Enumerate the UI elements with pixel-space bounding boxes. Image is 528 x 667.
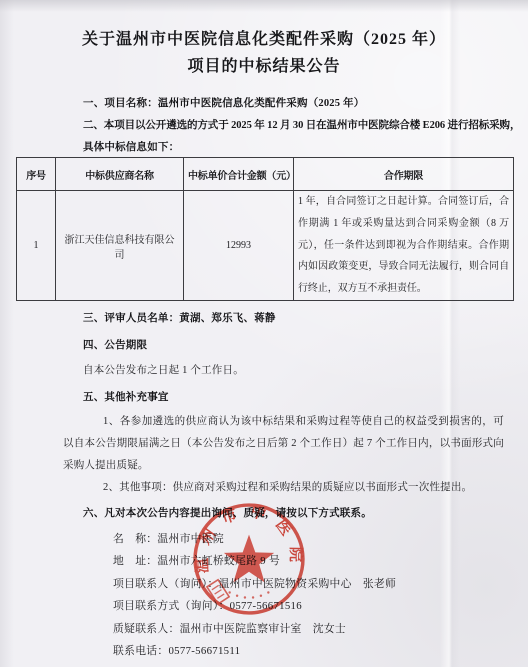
col-header-supplier: 中标供应商名称 xyxy=(56,158,184,191)
contact-query-person: 质疑联系人：温州市中医院监察审计室 沈女士 xyxy=(113,618,513,640)
section-1-project-name: 一、项目名称：温州市中医院信息化类配件采购（2025 年） xyxy=(63,93,504,115)
award-result-table: 序号 中标供应商名称 中标单价合计金额（元） 合作期限 1 浙江天佳信息科技有限… xyxy=(16,157,514,301)
section-5-item-2: 2、其他事项：供应商对采购过程和采购结果的质疑应以书面形式一次性提出。 xyxy=(63,477,504,499)
col-header-amount: 中标单价合计金额（元） xyxy=(184,158,294,191)
scanned-announcement-page: 关于温州市中医院信息化类配件采购（2025 年） 项目的中标结果公告 一、项目名… xyxy=(0,0,528,667)
table-header-row: 序号 中标供应商名称 中标单价合计金额（元） 合作期限 xyxy=(17,158,514,191)
section-3-reviewers: 三、评审人员名单：黄湖、郑乐飞、蒋静 xyxy=(63,308,504,330)
contact-name: 名 称：温州市中医院 xyxy=(113,528,513,550)
cell-seq: 1 xyxy=(17,191,56,301)
section-5-item-1: 1、各参加遴选的供应商认为该中标结果和采购过程等使自己的权益受到损害的，可以自本… xyxy=(63,411,504,477)
contact-address: 地 址：温州市六虹桥蛟尾路 9 号 xyxy=(113,550,513,572)
contact-project-phone: 项目联系方式（询问）：0577-56671516 xyxy=(113,595,513,617)
section-6-heading: 六、凡对本次公告内容提出询问、质疑，请按以下方式联系。 xyxy=(63,503,504,525)
section-2-lead-in: 具体中标信息如下： xyxy=(63,137,504,159)
section-4-body: 自本公告发布之日起 1 个工作日。 xyxy=(63,360,504,382)
document-title: 关于温州市中医院信息化类配件采购（2025 年） 项目的中标结果公告 xyxy=(0,26,528,80)
col-header-term: 合作期限 xyxy=(294,158,514,191)
document-title-line1: 关于温州市中医院信息化类配件采购（2025 年） xyxy=(0,26,528,53)
cell-supplier: 浙江天佳信息科技有限公司 xyxy=(56,191,184,301)
table-row: 1 浙江天佳信息科技有限公司 12993 1 年，自合同签订之日起计算。合同签订… xyxy=(17,191,514,301)
contact-block: 名 称：温州市中医院 地 址：温州市六虹桥蛟尾路 9 号 项目联系人（询问）：温… xyxy=(113,528,513,662)
section-2-procurement-method: 二、本项目以公开遴选的方式于 2025 年 12 月 30 日在温州市中医院综合… xyxy=(63,115,504,137)
contact-phone: 联系电话：0577-56671511 xyxy=(113,640,513,662)
section-5-heading: 五、其他补充事宜 xyxy=(63,387,504,409)
section-4-heading: 四、公告期限 xyxy=(63,335,504,357)
col-header-seq: 序号 xyxy=(17,158,56,191)
document-title-line2: 项目的中标结果公告 xyxy=(0,53,528,80)
contact-project-person: 项目联系人（询问）：温州市中医院物资采购中心 张老师 xyxy=(113,573,513,595)
cell-amount: 12993 xyxy=(184,191,294,301)
cell-term: 1 年，自合同签订之日起计算。合同签订后，合作期满 1 年或采购量达到合同采购金… xyxy=(294,191,514,301)
